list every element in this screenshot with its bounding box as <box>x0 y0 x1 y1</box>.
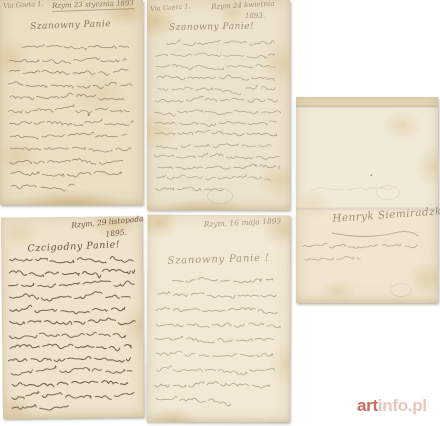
letter-dateline: Rzym 23 stycznia 1893 <box>52 0 134 12</box>
artinfo-watermark: artinfo.pl <box>357 396 427 416</box>
letter-salutation: Szanowny Panie! <box>169 22 254 33</box>
signature-text: Henryk Siemiradzki <box>332 205 440 225</box>
auction-lot-photo: Via Gaeta 1. Rzym 23 stycznia 1893 Szano… <box>0 0 440 426</box>
letter-dateline-year: 1893. <box>245 12 265 20</box>
embossed-stamp <box>376 185 400 200</box>
handwriting-lines <box>146 215 290 423</box>
letter-right-cover: Henryk Siemiradzki <box>296 97 438 303</box>
letter-dateline: Rzym 24 kwietnia <box>211 0 275 11</box>
embossed-stamp <box>207 188 233 204</box>
letter-dateline-year: 1895. <box>105 228 127 239</box>
watermark-brand-bold: art <box>357 396 378 415</box>
letter-salutation: Szanowny Panie ! <box>167 253 269 267</box>
watermark-brand-light: info.pl <box>378 396 427 415</box>
letter-dateline: Rzym, 16 maja 1893 <box>204 216 282 229</box>
handwriting-lines <box>0 0 143 205</box>
letter-salutation: Czcigodny Panie! <box>27 239 120 254</box>
letter-salutation: Szanowny Panie <box>30 19 111 32</box>
handwriting-lines <box>1 216 144 418</box>
letter-top-left: Via Gaeta 1. Rzym 23 stycznia 1893 Szano… <box>0 0 143 205</box>
letter-address-note: Via Gaeta 1. <box>3 0 44 10</box>
letter-dateline: Rzym, 29 listopada <box>71 214 144 230</box>
embossed-stamp <box>390 283 412 297</box>
handwriting-lines <box>147 0 290 210</box>
letter-bottom-left: Rzym, 29 listopada 1895. Czcigodny Panie… <box>1 216 144 418</box>
letter-address-note: Via Gaeta 1, <box>150 2 191 13</box>
letter-bottom-middle: Rzym, 16 maja 1893 Szanowny Panie ! <box>146 215 290 423</box>
handwriting-lines <box>296 97 438 303</box>
letter-top-middle: Via Gaeta 1, Rzym 24 kwietnia 1893. Szan… <box>147 0 290 210</box>
